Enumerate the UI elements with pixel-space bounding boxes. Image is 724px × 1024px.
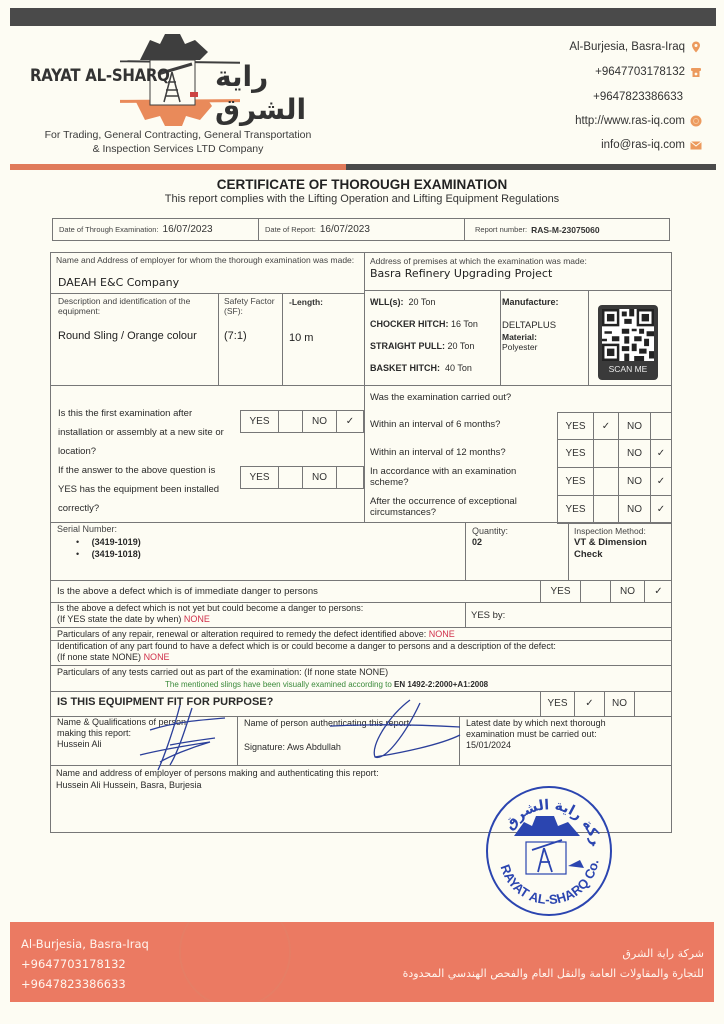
fit-yes-box[interactable]: ✓ <box>575 691 605 716</box>
twelve-months-no-box[interactable]: ✓ <box>651 440 671 467</box>
interval-answers-grid: YES ✓ NO YES NO ✓ YES NO ✓ YES NO ✓ <box>557 412 672 524</box>
report-number-value: RAS-M-23075060 <box>531 225 600 235</box>
premises-value: Basra Refinery Upgrading Project <box>370 267 552 280</box>
future-danger-line-1: Is the above a defect which is not yet b… <box>57 603 363 614</box>
question-first-exam: Is this the first examination after inst… <box>58 404 236 461</box>
footer-address: Al-Burjesia, Basra-Iraq <box>21 934 149 954</box>
immediate-yes-box[interactable] <box>581 580 611 602</box>
report-date-value: 16/07/2023 <box>320 224 370 235</box>
first-exam-yes-label: YES <box>241 411 279 432</box>
contact-phone-2: +9647823386633 <box>423 90 683 104</box>
material-value: Polyester <box>502 342 537 352</box>
wll-label: WLL(s): <box>370 297 404 307</box>
company-logo: RAYAT AL-SHARQ راية الشرق <box>25 30 325 130</box>
straight-value: 20 Ton <box>448 341 475 351</box>
twelve-months-yes-box[interactable] <box>594 440 619 467</box>
twelve-months-yes-no: YES NO ✓ <box>557 440 672 468</box>
qr-code[interactable]: SCAN ME <box>598 305 658 380</box>
immediate-danger-yes-no: YES NO ✓ <box>540 580 672 602</box>
fit-no-label: NO <box>605 691 635 716</box>
straight-row: STRAIGHT PULL: 20 Ton <box>370 341 474 351</box>
report-date-cell: Date of Report: 16/07/2023 <box>259 219 465 240</box>
twelve-months-no-label: NO <box>619 440 651 467</box>
footer-contact: Al-Burjesia, Basra-Iraq +9647703178132 +… <box>21 934 149 994</box>
immediate-no-label: NO <box>611 580 645 602</box>
basket-value: 40 Ton <box>445 363 472 373</box>
exam-date-cell: Date of Through Examination: 16/07/2023 <box>53 219 259 240</box>
question-scheme: In accordance with an examination scheme… <box>370 466 550 488</box>
brand-name-ar: راية الشرق <box>215 60 325 126</box>
report-number-label: Report number: <box>475 225 527 234</box>
location-pin-icon <box>690 41 702 53</box>
scheme-no-label: NO <box>619 468 651 495</box>
question-installed: If the answer to the above question is Y… <box>58 461 236 518</box>
employer-persons-value: Hussein Ali Hussein, Basra, Burjesia <box>56 779 379 791</box>
company-stamp: شركة راية الشرق RAYAT AL-SHARQ Co. <box>484 784 614 918</box>
tests-value: The mentioned slings have been visually … <box>165 680 392 689</box>
installed-no-box[interactable] <box>337 467 363 488</box>
first-exam-no-box[interactable]: ✓ <box>337 411 363 432</box>
first-exam-no-label: NO <box>303 411 337 432</box>
question-exceptional: After the occurrence of exceptional circ… <box>370 496 550 518</box>
tests-row: The mentioned slings have been visually … <box>165 680 488 689</box>
serial-item: • (3419-1018) <box>76 548 141 560</box>
question-future-danger: Is the above a defect which is not yet b… <box>57 603 363 625</box>
choker-value: 16 Ton <box>451 319 478 329</box>
future-danger-value: NONE <box>184 614 210 624</box>
serial-item: • (3419-1019) <box>76 536 141 548</box>
basket-row: BASKET HITCH: 40 Ton <box>370 363 472 373</box>
length-label: -Length: <box>289 297 323 307</box>
first-exam-yes-box[interactable] <box>279 411 303 432</box>
authenticator-signature: Signature: Aws Abdullah <box>244 742 341 752</box>
footer-banner: Al-Burjesia, Basra-Iraq +9647703178132 +… <box>10 922 714 1002</box>
choker-label: CHOCKER HITCH: <box>370 319 449 329</box>
first-exam-yes-no: YES NO ✓ <box>240 410 364 433</box>
tagline-line-1: For Trading, General Contracting, Genera… <box>28 128 328 142</box>
description-value: Round Sling / Orange colour <box>58 330 197 342</box>
quantity-value: 02 <box>472 537 482 547</box>
safety-factor-value: (7:1) <box>224 330 247 342</box>
employer-value: DAEAH E&C Company <box>58 276 179 289</box>
exceptional-yes-box[interactable] <box>594 496 619 523</box>
wll-row: WLL(s): 20 Ton <box>370 297 435 307</box>
signature-authenticator-icon <box>330 695 470 765</box>
qr-pattern-icon <box>602 309 654 361</box>
employer-persons-label: Name and address of employer of persons … <box>56 767 379 779</box>
scheme-no-box[interactable]: ✓ <box>651 468 671 495</box>
svg-text:شركة راية الشرق: شركة راية الشرق <box>484 784 604 848</box>
tagline-line-2: & Inspection Services LTD Company <box>28 142 328 156</box>
exceptional-no-label: NO <box>619 496 651 523</box>
employer-label: Name and Address of employer for whom th… <box>56 255 356 265</box>
future-danger-hint: (If YES state the date by when) <box>57 614 181 624</box>
six-months-yes-no: YES ✓ NO <box>557 412 672 440</box>
identification-line-1: Identification of any part found to have… <box>57 641 556 652</box>
serial-value-2: (3419-1018) <box>92 549 141 559</box>
scheme-yes-no: YES NO ✓ <box>557 468 672 496</box>
identification-hint: (If none state NONE) <box>57 652 141 662</box>
next-exam: Latest date by which next thorough exami… <box>466 718 656 751</box>
next-exam-label: Latest date by which next thorough exami… <box>466 718 656 740</box>
six-months-no-label: NO <box>619 413 651 439</box>
top-bar <box>10 8 716 26</box>
tests-label: Particulars of any tests carried out as … <box>57 667 388 677</box>
safety-factor-label: Safety Factor (SF): <box>224 296 278 316</box>
immediate-yes-label: YES <box>541 580 581 602</box>
choker-row: CHOCKER HITCH: 16 Ton <box>370 319 478 329</box>
twelve-months-yes-label: YES <box>558 440 594 467</box>
fit-no-box[interactable] <box>635 691 672 716</box>
installed-yes-box[interactable] <box>279 467 303 488</box>
footer-arabic-line-2: للتجارة والمقاولات العامة والنقل العام و… <box>403 964 704 984</box>
exceptional-yes-no: YES NO ✓ <box>557 496 672 524</box>
future-danger-line-2: (If YES state the date by when) NONE <box>57 614 363 625</box>
inspection-method-label: Inspection Method: <box>574 526 646 536</box>
question-6-months: Within an interval of 6 months? <box>370 419 500 430</box>
wll-value: 20 Ton <box>409 297 436 307</box>
footer-arabic: شركة راية الشرق للتجارة والمقاولات العام… <box>403 944 704 984</box>
report-number-cell: Report number: RAS-M-23075060 <box>465 219 669 240</box>
tests-standard: EN 1492-2:2000+A1:2008 <box>394 680 488 689</box>
inspection-method-value: VT & Dimension Check <box>574 537 666 561</box>
six-months-no-box[interactable] <box>651 413 671 439</box>
fit-for-purpose-yes-no: YES ✓ NO <box>540 691 672 716</box>
yes-by-label: YES by: <box>471 610 505 621</box>
repair-row: Particulars of any repair, renewal or al… <box>57 629 455 639</box>
company-tagline: For Trading, General Contracting, Genera… <box>28 128 328 156</box>
employer-persons: Name and address of employer of persons … <box>56 767 379 791</box>
premises-label: Address of premises at which the examina… <box>370 256 587 266</box>
stamp-arabic-text: شركة راية الشرق <box>484 784 604 848</box>
scheme-yes-box[interactable] <box>594 468 619 495</box>
installed-yes-label: YES <box>241 467 279 488</box>
certificate-subtitle: This report complies with the Lifting Op… <box>0 193 724 205</box>
serial-label: Serial Number: <box>57 524 117 534</box>
email-link[interactable]: info@ras-iq.com <box>601 139 685 151</box>
manufacture-value: DELTAPLUS <box>502 320 556 331</box>
scheme-yes-label: YES <box>558 468 594 495</box>
contact-website[interactable]: http://www.ras-iq.com <box>442 114 702 128</box>
six-months-yes-label: YES <box>558 413 594 439</box>
footer-arabic-line-1: شركة راية الشرق <box>403 944 704 964</box>
footer-phone-1: +9647703178132 <box>21 954 149 974</box>
footer-watermark-logo-icon <box>175 922 295 1002</box>
qr-scan-label: SCAN ME <box>602 364 654 374</box>
contact-address-text: Al-Burjesia, Basra-Iraq <box>569 41 685 53</box>
phone-icon <box>690 66 702 78</box>
identification-row: Identification of any part found to have… <box>57 641 556 663</box>
serial-value-1: (3419-1019) <box>92 537 141 547</box>
immediate-no-box[interactable]: ✓ <box>645 580 672 602</box>
signature-maker-icon <box>130 700 240 775</box>
contact-phone-1: +9647703178132 <box>442 65 702 79</box>
exam-date-value: 16/07/2023 <box>163 224 213 235</box>
quantity-label: Quantity: <box>472 526 508 536</box>
serial-list: • (3419-1019) • (3419-1018) <box>76 536 141 560</box>
contact-email[interactable]: info@ras-iq.com <box>442 138 702 152</box>
fit-yes-label: YES <box>541 691 575 716</box>
installed-yes-no: YES NO <box>240 466 364 489</box>
website-link[interactable]: http://www.ras-iq.com <box>575 115 685 127</box>
report-date-label: Date of Report: <box>265 225 316 234</box>
installed-no-label: NO <box>303 467 337 488</box>
globe-icon <box>690 115 702 127</box>
contact-phone-2-text: +9647823386633 <box>593 91 683 103</box>
material-label: Material: <box>502 332 537 342</box>
header-divider-dark <box>346 164 716 170</box>
length-value: 10 m <box>289 332 313 344</box>
exceptional-no-box[interactable]: ✓ <box>651 496 671 523</box>
identification-value: NONE <box>144 652 170 662</box>
date-row: Date of Through Examination: 16/07/2023 … <box>52 218 670 241</box>
exceptional-yes-label: YES <box>558 496 594 523</box>
contact-phone-1-text: +9647703178132 <box>595 66 685 78</box>
header-divider-accent <box>10 164 346 170</box>
repair-value: NONE <box>429 629 455 639</box>
basket-label: BASKET HITCH: <box>370 363 440 373</box>
qr-code-image <box>602 309 654 361</box>
exam-date-label: Date of Through Examination: <box>59 225 159 234</box>
envelope-icon <box>690 139 702 151</box>
six-months-yes-box[interactable]: ✓ <box>594 413 619 439</box>
question-carried-out: Was the examination carried out? <box>370 392 511 403</box>
brand-name-en: RAYAT AL-SHARQ <box>30 66 170 86</box>
question-12-months: Within an interval of 12 months? <box>370 447 506 458</box>
repair-label: Particulars of any repair, renewal or al… <box>57 629 426 639</box>
certificate-title: CERTIFICATE OF THOROUGH EXAMINATION <box>0 177 724 192</box>
contact-address: Al-Burjesia, Basra-Iraq <box>442 40 702 54</box>
identification-line-2: (If none state NONE) NONE <box>57 652 556 663</box>
manufacture-label: Manufacture: <box>502 297 559 307</box>
next-exam-date: 15/01/2024 <box>466 740 656 751</box>
straight-label: STRAIGHT PULL: <box>370 341 445 351</box>
footer-phone-2: +9647823386633 <box>21 974 149 994</box>
description-label: Description and identification of the eq… <box>58 296 213 316</box>
question-immediate-danger: Is the above a defect which is of immedi… <box>57 586 318 597</box>
